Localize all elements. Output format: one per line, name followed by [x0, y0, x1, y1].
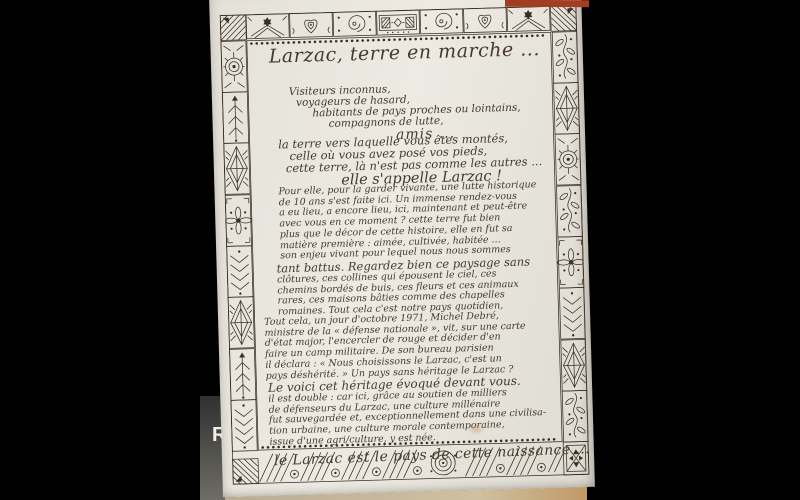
poster-paper: Larzac, terre en marche ... Visiteurs in… — [209, 0, 595, 497]
paragraph-heritage: Le voici cet héritage évoqué devant vous… — [268, 374, 547, 448]
paragraph-landscape: tant battus. Regardez bien ce paysage sa… — [277, 255, 532, 318]
paragraph-struggle: Pour elle, pour la garder vivante, une l… — [278, 180, 538, 262]
paragraph-debre-1971: Tout cela, un jour d'octobre 1971, Miche… — [264, 311, 527, 382]
red-strip-top — [505, 0, 589, 7]
photo-stage: R — [0, 0, 800, 500]
